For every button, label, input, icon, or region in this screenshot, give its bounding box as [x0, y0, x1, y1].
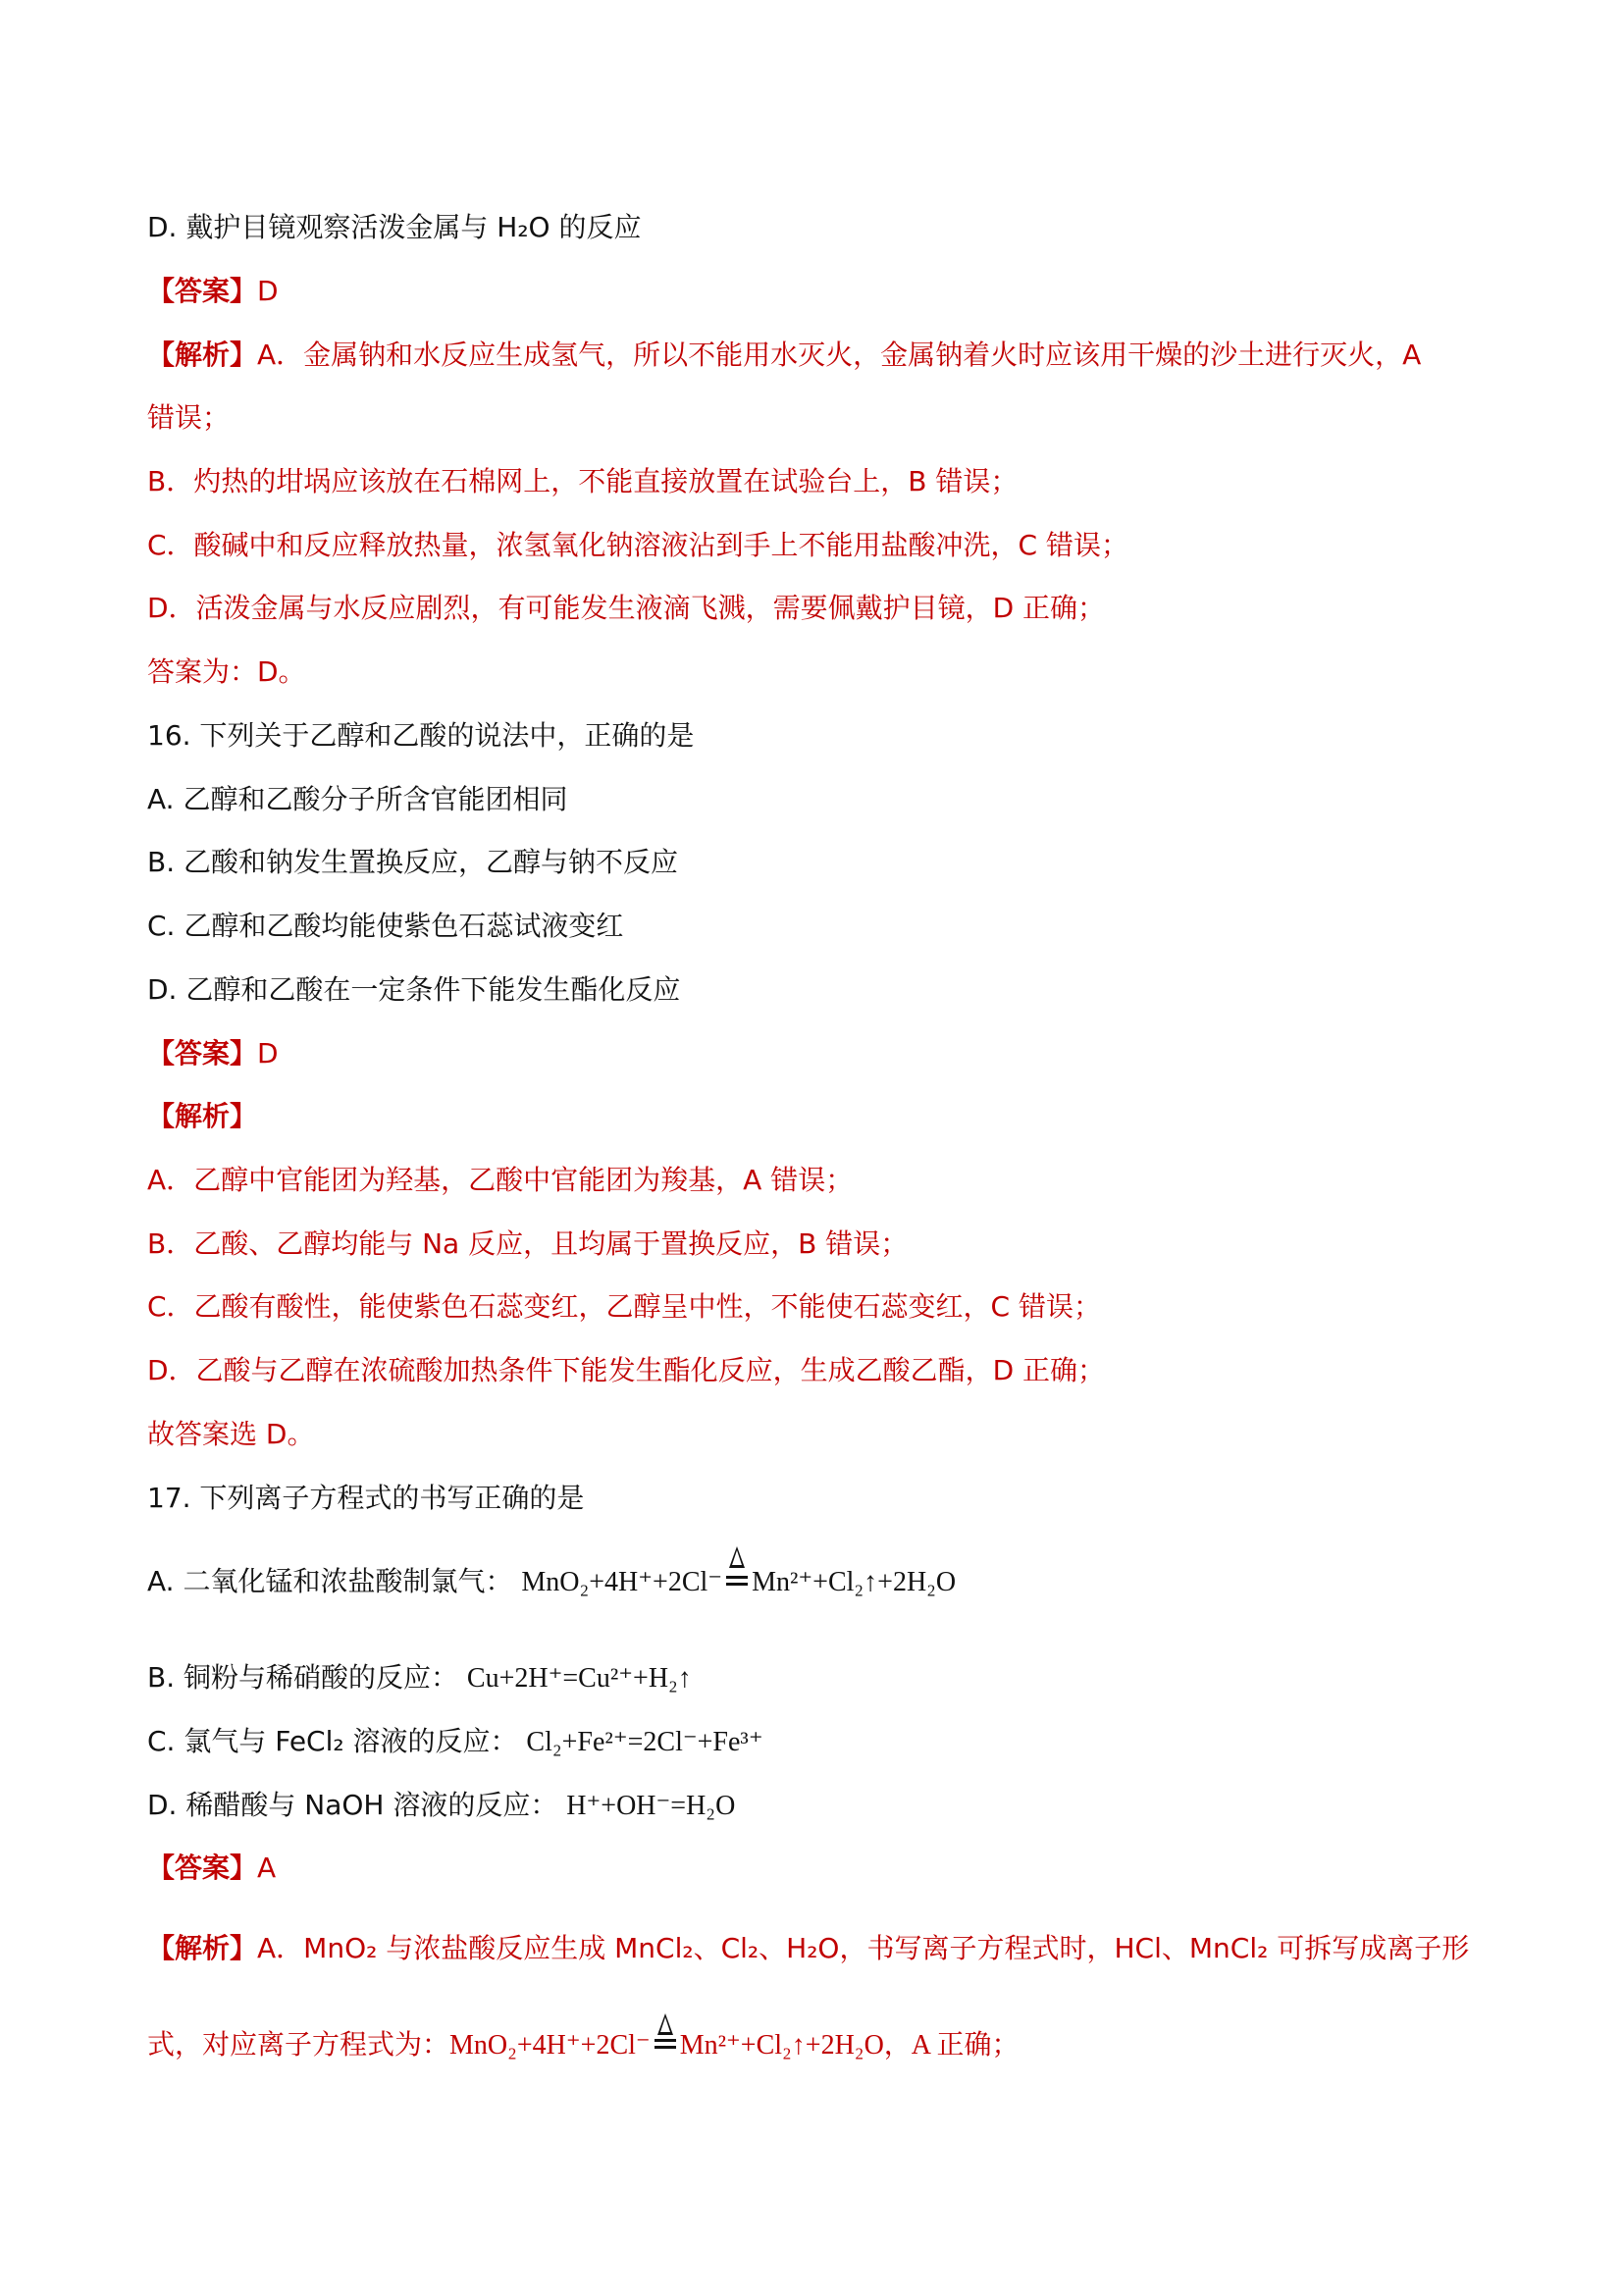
q16-analysis-line-2: B．乙酸、乙醇均能与 Na 反应，且均属于置换反应，B 错误；	[147, 1225, 908, 1264]
option-label: C. 氯气与 FeCl₂ 溶液的反应：	[147, 1725, 518, 1757]
equation-rhs: Mn²⁺+Cl₂↑+2H₂O	[752, 1567, 956, 1597]
heat-equals-icon	[724, 1568, 750, 1597]
equation-rhs: Mn²⁺+Cl₂↑+2H₂O，A 正确；	[680, 2030, 1020, 2061]
analysis-prefix: 式，对应离子方程式为：	[147, 2028, 449, 2061]
q16-option-c: C. 乙醇和乙酸均能使紫色石蕊试液变红	[147, 907, 623, 946]
q16-analysis-line-4: D．乙酸与乙醇在浓硫酸加热条件下能发生酯化反应，生成乙酸乙酯，D 正确；	[147, 1351, 1105, 1390]
q16-option-d: D. 乙醇和乙酸在一定条件下能发生酯化反应	[147, 970, 680, 1010]
answer-label: 【答案】	[147, 275, 257, 307]
q15-analysis-line-5: D．活泼金属与水反应剧烈，有可能发生液滴飞溅，需要佩戴护目镜，D 正确；	[147, 589, 1105, 628]
analysis-label: 【解析】	[147, 339, 257, 371]
analysis-label: 【解析】	[147, 1100, 257, 1132]
answer-value: A	[257, 1852, 276, 1884]
document-page: D. 戴护目镜观察活泼金属与 H₂O 的反应 【答案】D 【解析】A．金属钠和水…	[0, 0, 1623, 2296]
option-label: B. 铜粉与稀硝酸的反应：	[147, 1661, 458, 1694]
q17-option-d: D. 稀醋酸与 NaOH 溶液的反应： H⁺+OH⁻=H₂O	[147, 1786, 735, 1826]
equation-lhs: MnO₂+4H⁺+2Cl⁻	[521, 1567, 722, 1597]
q17-analysis-line-1: 【解析】A．MnO₂ 与浓盐酸反应生成 MnCl₂、Cl₂、H₂O，书写离子方程…	[147, 1929, 1469, 1968]
q16-analysis-heading: 【解析】	[147, 1097, 257, 1136]
q17-option-a: A. 二氧化锰和浓盐酸制氯气： MnO₂+4H⁺+2Cl⁻Mn²⁺+Cl₂↑+2…	[147, 1562, 956, 1602]
heat-equals-icon	[653, 2031, 678, 2061]
q16-analysis-line-3: C．乙酸有酸性，能使紫色石蕊变红，乙醇呈中性，不能使石蕊变红，C 错误；	[147, 1287, 1101, 1327]
q17-option-b: B. 铜粉与稀硝酸的反应： Cu+2H⁺=Cu²⁺+H₂↑	[147, 1658, 692, 1698]
q15-analysis-line-2: 错误；	[147, 398, 230, 438]
q16-option-a: A. 乙醇和乙酸分子所含官能团相同	[147, 780, 567, 819]
q15-answer: 【答案】D	[147, 272, 279, 311]
answer-label: 【答案】	[147, 1037, 257, 1070]
q15-conclusion: 答案为：D。	[147, 652, 306, 692]
q15-analysis-line-4: C．酸碱中和反应释放热量，浓氢氧化钠溶液沾到手上不能用盐酸冲洗，C 错误；	[147, 526, 1128, 565]
analysis-label: 【解析】	[147, 1932, 257, 1964]
q15-analysis-line-1: 【解析】A．金属钠和水反应生成氢气，所以不能用水灭火，金属钠着火时应该用干燥的沙…	[147, 336, 1421, 375]
answer-value: D	[257, 275, 279, 307]
analysis-text: A．MnO₂ 与浓盐酸反应生成 MnCl₂、Cl₂、H₂O，书写离子方程式时，H…	[257, 1932, 1469, 1964]
q16-option-b: B. 乙酸和钠发生置换反应，乙醇与钠不反应	[147, 843, 678, 882]
equation: H⁺+OH⁻=H₂O	[566, 1791, 735, 1821]
q17-stem: 17. 下列离子方程式的书写正确的是	[147, 1479, 584, 1518]
q17-option-c: C. 氯气与 FeCl₂ 溶液的反应： Cl₂+Fe²⁺=2Cl⁻+Fe³⁺	[147, 1722, 763, 1762]
q17-answer: 【答案】A	[147, 1849, 276, 1888]
analysis-text: A．金属钠和水反应生成氢气，所以不能用水灭火，金属钠着火时应该用干燥的沙土进行灭…	[257, 339, 1421, 371]
q15-analysis-line-3: B．灼热的坩埚应该放在石棉网上，不能直接放置在试验台上，B 错误；	[147, 462, 1018, 501]
answer-value: D	[257, 1037, 279, 1070]
q16-analysis-line-1: A．乙醇中官能团为羟基，乙酸中官能团为羧基，A 错误；	[147, 1161, 853, 1200]
option-label: A. 二氧化锰和浓盐酸制氯气：	[147, 1565, 512, 1597]
q16-conclusion: 故答案选 D。	[147, 1415, 314, 1454]
option-label: D. 稀醋酸与 NaOH 溶液的反应：	[147, 1789, 557, 1821]
q17-analysis-line-2: 式，对应离子方程式为：MnO₂+4H⁺+2Cl⁻Mn²⁺+Cl₂↑+2H₂O，A…	[147, 2025, 1019, 2065]
q16-stem: 16. 下列关于乙醇和乙酸的说法中，正确的是	[147, 716, 694, 756]
equation: Cl₂+Fe²⁺=2Cl⁻+Fe³⁺	[526, 1727, 762, 1757]
equation: Cu+2H⁺=Cu²⁺+H₂↑	[467, 1663, 692, 1694]
q15-option-d: D. 戴护目镜观察活泼金属与 H₂O 的反应	[147, 208, 641, 247]
answer-label: 【答案】	[147, 1852, 257, 1884]
equation-lhs: MnO₂+4H⁺+2Cl⁻	[449, 2030, 651, 2061]
q16-answer: 【答案】D	[147, 1034, 279, 1073]
